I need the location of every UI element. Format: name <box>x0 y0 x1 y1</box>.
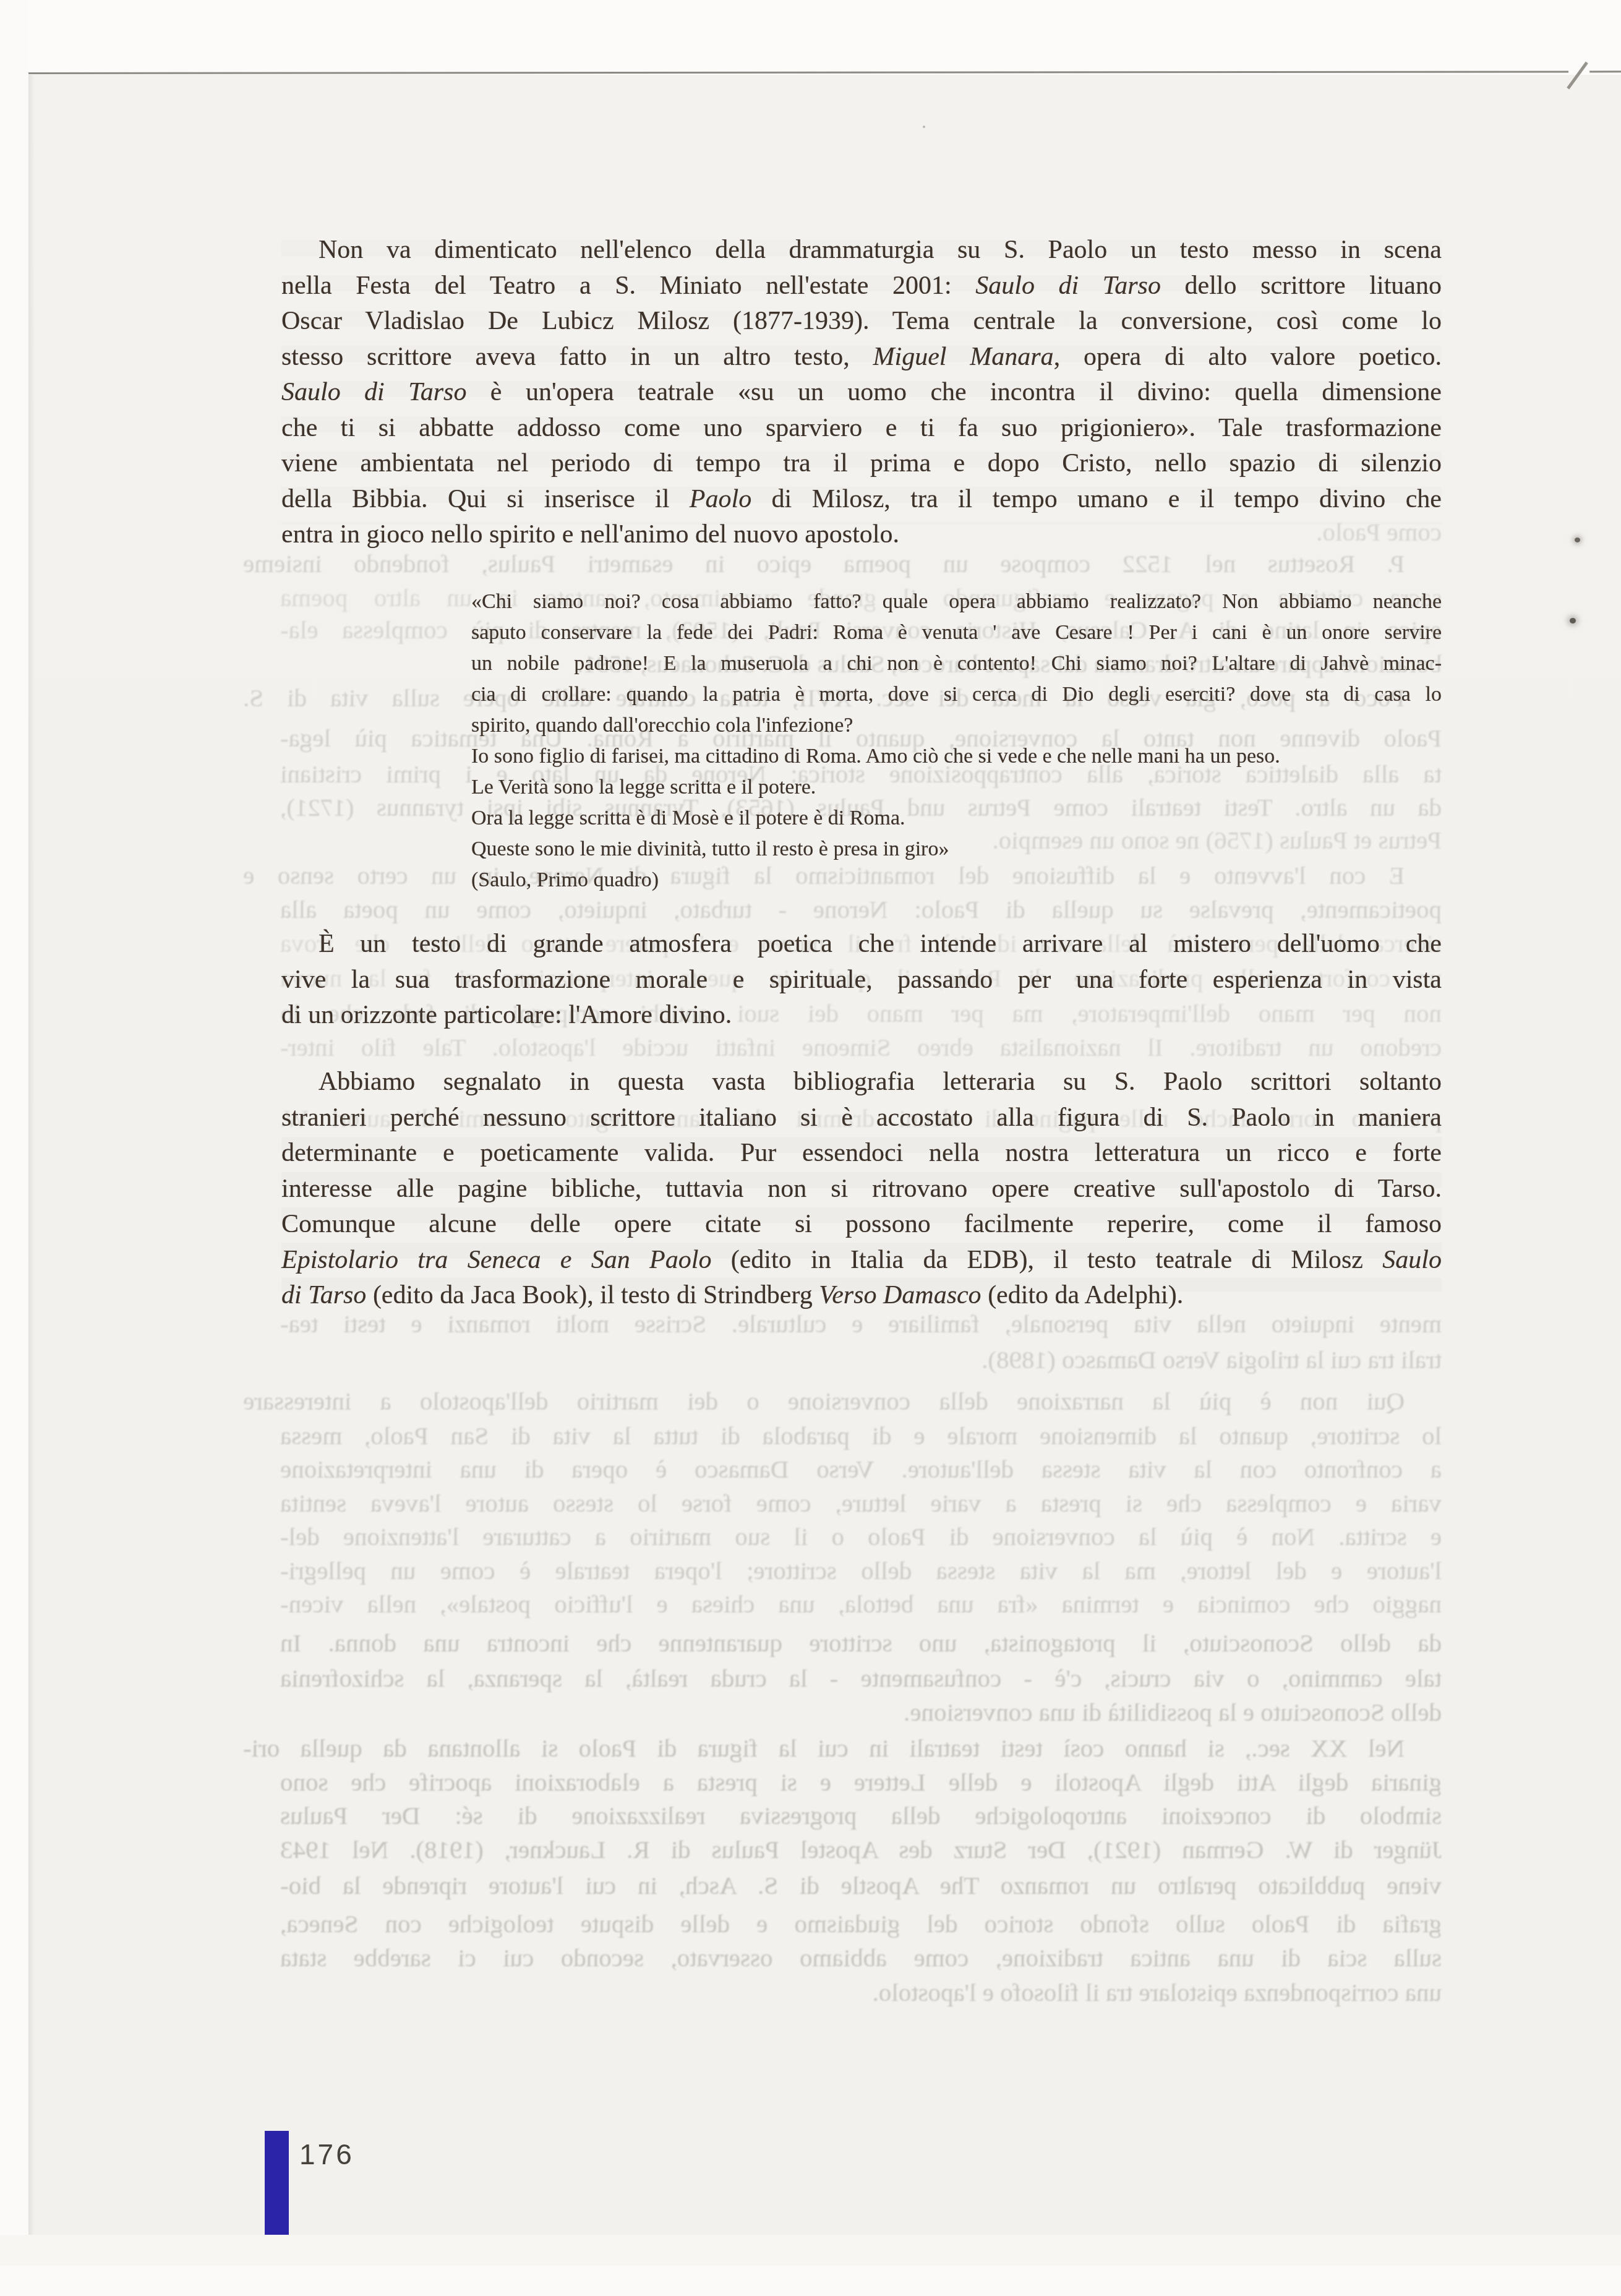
text-line: viene ambientata nel periodo di tempo tr… <box>281 446 1442 482</box>
text-line: Non va dimenticato nell'elenco della dra… <box>281 233 1442 268</box>
text-line: Epistolario tra Seneca e San Paolo (edit… <box>281 1243 1442 1279</box>
quote-line: Le Verità sono la legge scritta e il pot… <box>471 772 1442 803</box>
text-line: di un orizzonte particolare: l'Amore div… <box>281 998 1442 1034</box>
text-line: di Tarso (edito da Jaca Book), il testo … <box>281 1278 1442 1314</box>
text-line: entra in gioco nello spirito e nell'anim… <box>281 517 1442 553</box>
quote-line: Io sono figlio di farisei, ma cittadino … <box>471 741 1442 772</box>
quote-line: Queste sono le mie divinità, tutto il re… <box>471 834 1442 865</box>
paragraph: È un testo di grande atmosfera poetica c… <box>281 927 1442 1034</box>
text-line: Oscar Vladislao De Lubicz Milosz (1877-1… <box>281 304 1442 340</box>
quote-line: cia di crollare: quando la patria è mort… <box>471 679 1442 710</box>
dust-speck-icon <box>1575 538 1580 542</box>
text-line: nella Festa del Teatro a S. Miniato nell… <box>281 268 1442 304</box>
quote-line: saputo conservare la fede dei Padri: Rom… <box>471 617 1442 648</box>
text-line: stranieri perché nessuno scrittore itali… <box>281 1100 1442 1136</box>
text-line: determinante e poeticamente valida. Pur … <box>281 1136 1442 1172</box>
text-line: Saulo di Tarso è un'opera teatrale «su u… <box>281 375 1442 411</box>
page-number: 176 <box>299 2138 354 2171</box>
scanned-page: come Paolo.P. Rosettus nel 1522 compose … <box>0 0 1621 2296</box>
paragraph: Non va dimenticato nell'elenco della dra… <box>281 233 1442 553</box>
quote-line: «Chi siamo noi? cosa abbiamo fatto? qual… <box>471 586 1442 617</box>
text-line: che ti si abbatte addosso come uno sparv… <box>281 411 1442 447</box>
quote-block: «Chi siamo noi? cosa abbiamo fatto? qual… <box>471 586 1442 896</box>
quote-line: un nobile padrone! E la museruola a chi … <box>471 648 1442 679</box>
text-line: È un testo di grande atmosfera poetica c… <box>281 927 1442 962</box>
text-line: Abbiamo segnalato in questa vasta biblio… <box>281 1064 1442 1100</box>
text-line: stesso scrittore aveva fatto in un altro… <box>281 340 1442 375</box>
quote-line: Ora la legge scritta è di Mosè e il pote… <box>471 803 1442 834</box>
quote-line: spirito, quando dall'orecchio cola l'inf… <box>471 710 1442 741</box>
text-line: interesse alle pagine bibliche, tuttavia… <box>281 1172 1442 1207</box>
body-text: Non va dimenticato nell'elenco della dra… <box>0 0 1621 2296</box>
footer-accent-bar <box>265 2131 289 2235</box>
text-line: della Bibbia. Qui si inserisce il Paolo … <box>281 482 1442 518</box>
paragraph: Abbiamo segnalato in questa vasta biblio… <box>281 1064 1442 1314</box>
text-line: vive la sua trasformazione morale e spir… <box>281 962 1442 998</box>
dust-speck-icon <box>1570 618 1576 623</box>
dust-speck-icon <box>923 126 925 128</box>
text-line: Comunque alcune delle opere citate si po… <box>281 1207 1442 1243</box>
quote-line: (Saulo, Primo quadro) <box>471 865 1442 896</box>
